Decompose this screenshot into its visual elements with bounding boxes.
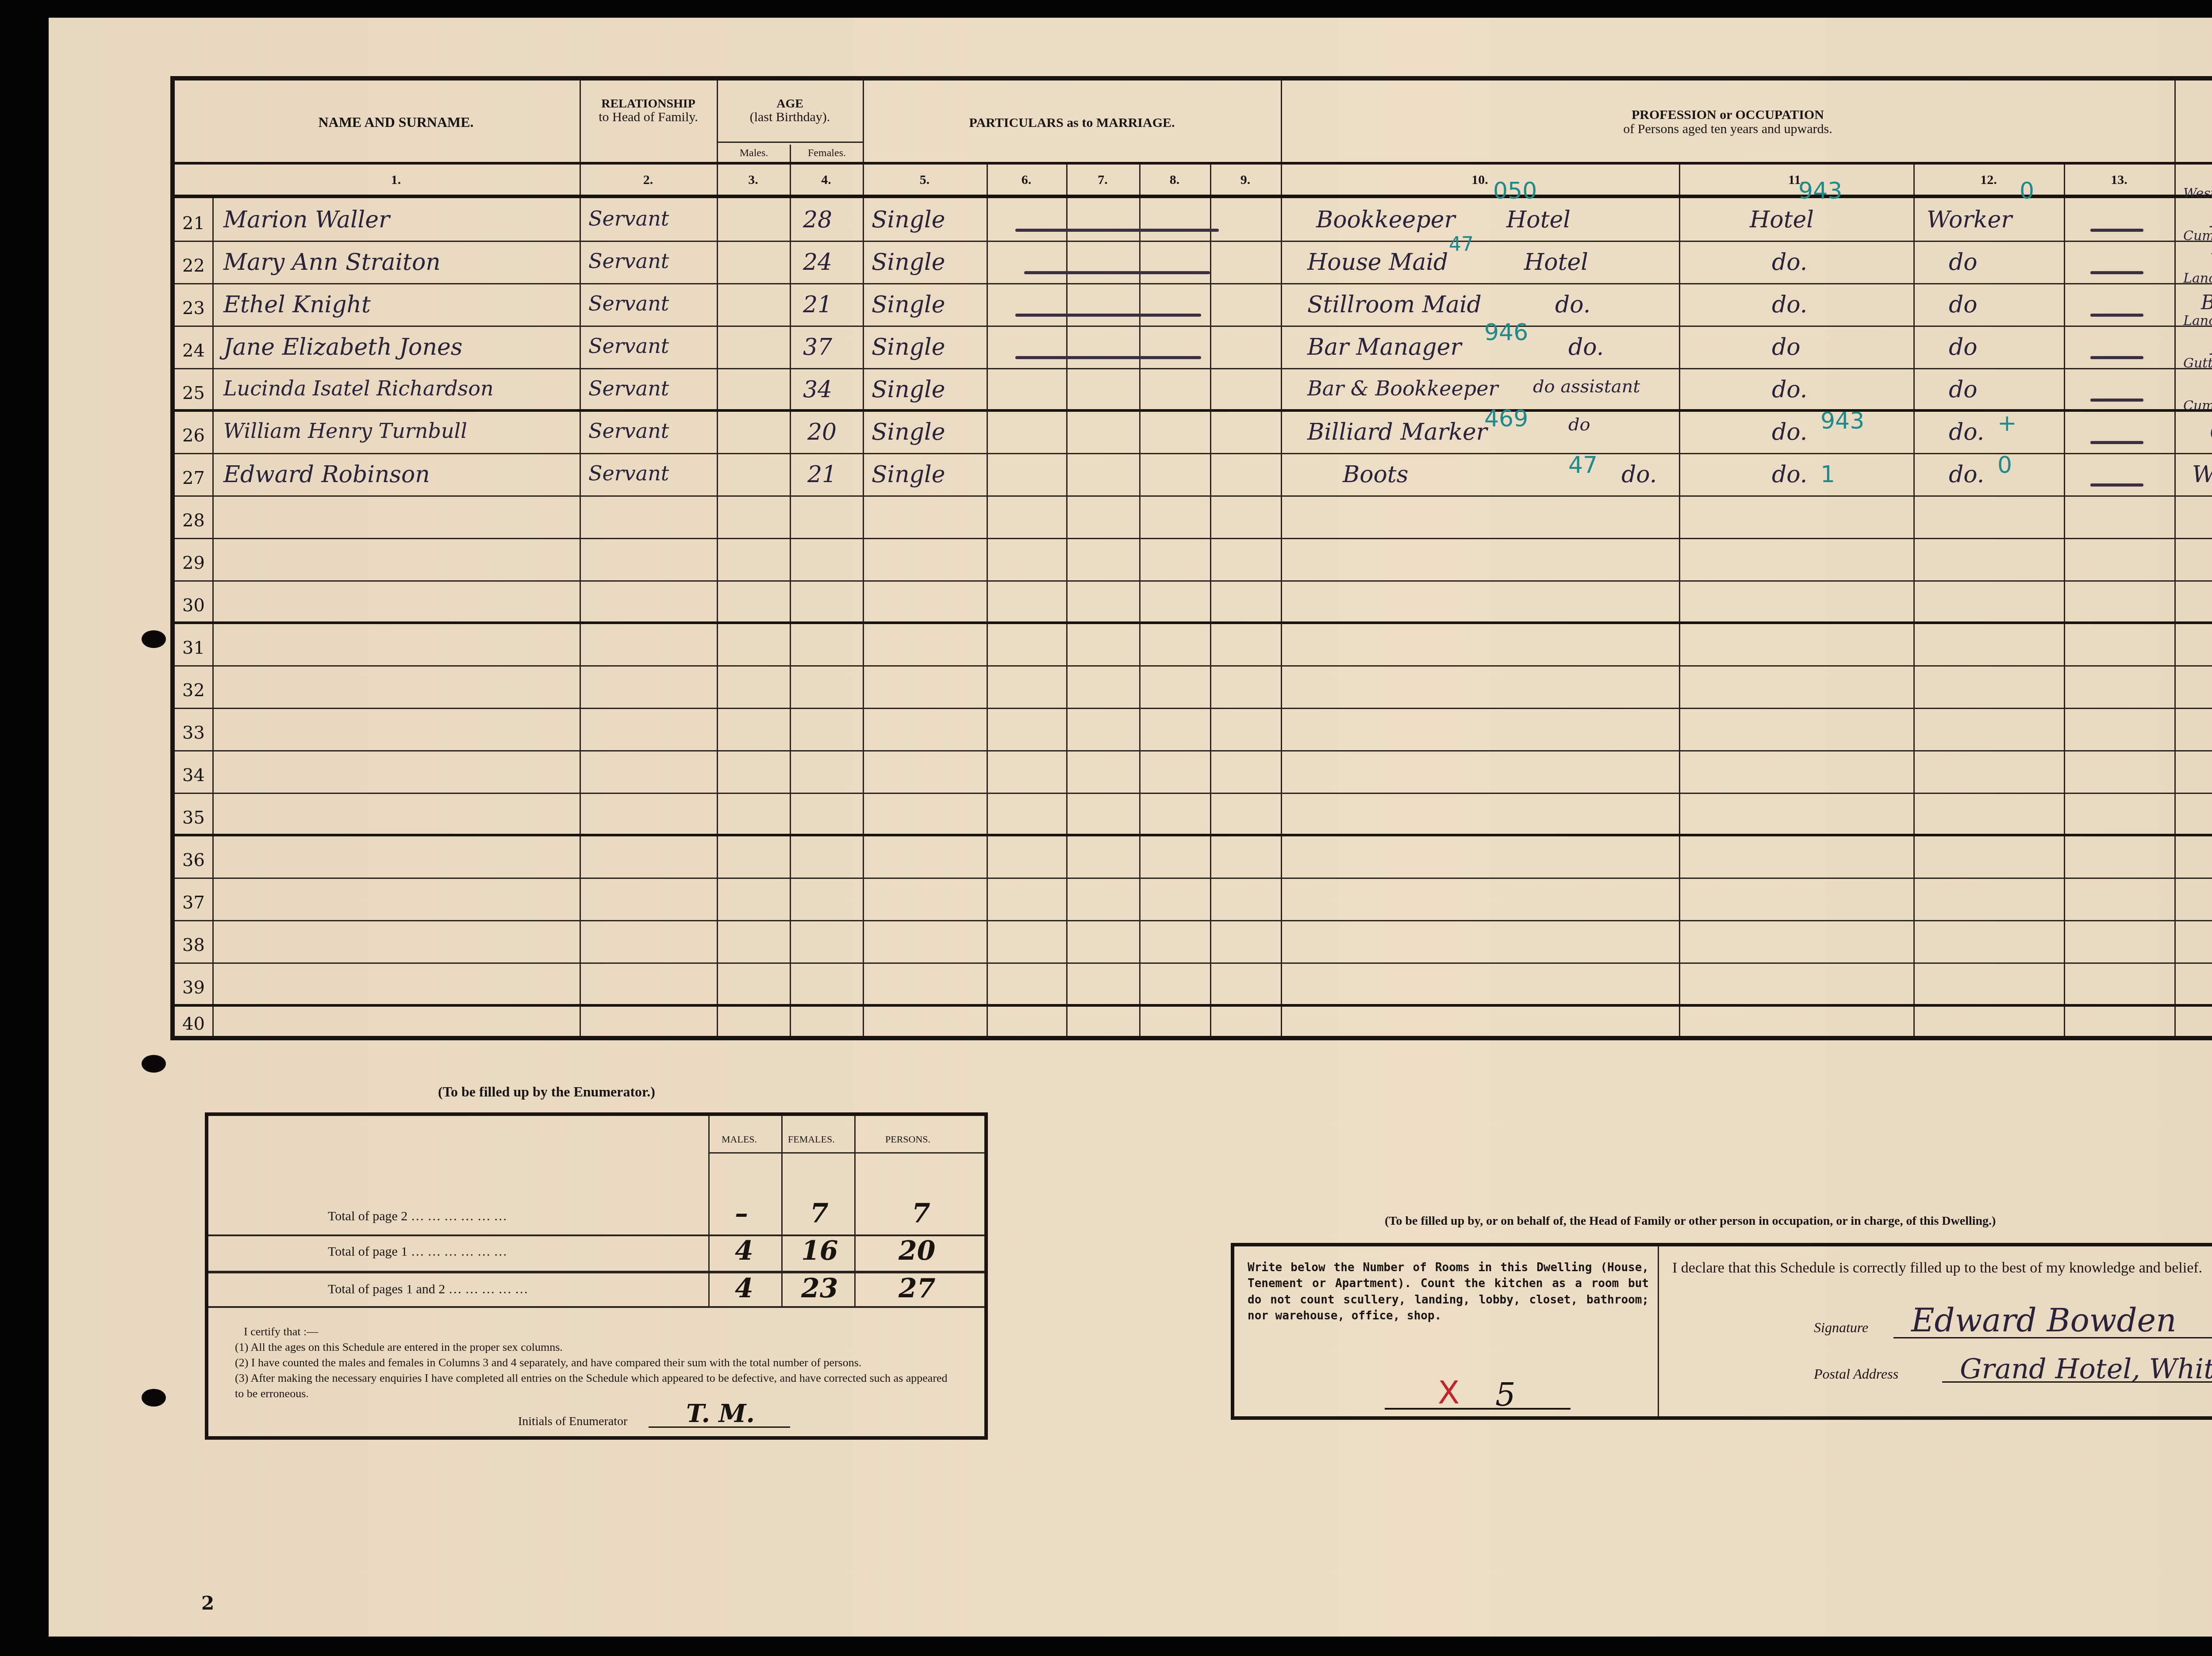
birthplace: Carlisle	[2210, 419, 2212, 445]
col11-code: 943	[1798, 178, 1842, 204]
col-males-label: MALES.	[722, 1134, 757, 1145]
column-number: 8.	[1139, 165, 1210, 195]
birthplace: Whitehaven	[2192, 461, 2212, 488]
col-divider	[1281, 80, 1282, 1036]
birth-county: Cumberland	[2183, 228, 2212, 244]
employment-status: do	[1949, 291, 1978, 318]
col-divider	[987, 165, 988, 1036]
row-number: 28	[175, 510, 212, 531]
rooms-count: 5	[1495, 1372, 1516, 1417]
head-of-family-title: (To be filled up by, or on behalf of, th…	[1385, 1214, 1996, 1228]
col-females-label: FEMALES.	[788, 1134, 835, 1145]
total-page-2-persons: 7	[912, 1198, 930, 1229]
employment-status: do	[1949, 376, 1978, 403]
col-divider	[212, 195, 214, 1036]
column-number: 4.	[790, 165, 863, 195]
blank-dash	[1015, 356, 1201, 359]
header-birthplace: BIRTHPLACE of every Person.	[2176, 111, 2212, 139]
col-divider	[580, 80, 581, 1036]
occupation: House Maid	[1307, 249, 1448, 276]
total-page-1-females: 16	[801, 1235, 838, 1266]
signature: Edward Bowden	[1911, 1302, 2177, 1339]
column-number: 13.	[2064, 165, 2174, 195]
col-persons-label: PERSONS.	[885, 1134, 930, 1145]
birth-county: Lancashire	[2183, 313, 2212, 329]
col-divider	[1679, 165, 1680, 1036]
binder-hole	[142, 1389, 166, 1407]
occupation: Billiard Marker	[1307, 419, 1487, 445]
blank-dash	[2090, 271, 2143, 274]
enumerator-section-title: (To be filled up by the Enumerator.)	[438, 1084, 655, 1100]
postal-address: Grand Hotel, Whitehaven	[1960, 1353, 2212, 1385]
employer-col11: do.	[1772, 249, 1807, 276]
occupation-industry: do.	[1568, 334, 1604, 360]
col-divider	[1913, 165, 1915, 1036]
row-number: 36	[175, 850, 212, 870]
col-divider	[2174, 80, 2176, 1036]
column-number: 2.	[580, 165, 717, 195]
postal-address-label: Postal Address	[1814, 1366, 1898, 1382]
column-number: 12.	[1913, 165, 2064, 195]
column-number: 10.	[1281, 165, 1679, 195]
occupation-industry: do	[1568, 414, 1590, 435]
row-number: 27	[175, 468, 212, 488]
row-number: 34	[175, 765, 212, 786]
col-divider	[2064, 165, 2065, 1036]
col-divider	[863, 80, 864, 1036]
age-female: 37	[803, 334, 832, 360]
birth-county: Westmorland	[2183, 186, 2212, 201]
person-name: Lucinda Isatel Richardson	[223, 376, 494, 400]
row-number: 24	[175, 341, 212, 361]
row-number: 40	[175, 1014, 212, 1034]
marriage-status: Single	[872, 419, 945, 445]
marriage-status: Single	[872, 376, 945, 403]
employment-status: do	[1949, 334, 1978, 360]
binder-hole	[142, 1055, 166, 1073]
col-divider	[790, 145, 791, 1036]
header-females: Females.	[791, 148, 863, 159]
occupation-industry: do assistant	[1533, 376, 1640, 397]
occupation-code: 469	[1484, 406, 1528, 432]
age-female: 21	[803, 291, 832, 318]
col-divider	[1066, 165, 1068, 1036]
signature-label: Signature	[1814, 1319, 1868, 1336]
row-number: 30	[175, 595, 212, 616]
birthplace: Barrow in Furness	[2201, 291, 2212, 314]
col12-code: +	[1997, 410, 2017, 437]
total-page-2-label: Total of page 2 … … … … … …	[328, 1209, 507, 1224]
row-number: 31	[175, 638, 212, 658]
person-name: Mary Ann Straiton	[223, 249, 441, 276]
occupation: Bar Manager	[1307, 334, 1461, 360]
employer-col11: do.	[1772, 419, 1807, 445]
birth-county: Gutterby	[2183, 356, 2212, 371]
row-number: 37	[175, 893, 212, 913]
age-female: 20	[807, 419, 837, 445]
age-male: 21	[807, 461, 837, 488]
occupation-code: 47	[1449, 233, 1474, 256]
col-divider	[1139, 165, 1141, 1036]
rooms-instruction: Write below the Number of Rooms in this …	[1234, 1246, 1659, 1416]
birth-county: Cumberland	[2183, 398, 2212, 414]
occupation: Bar & Bookkeeper	[1307, 376, 1498, 400]
marriage-status: Single	[872, 291, 945, 318]
marriage-status: Single	[872, 334, 945, 360]
col-divider	[717, 80, 718, 1036]
marriage-status: Single	[872, 461, 945, 488]
blank-dash	[1015, 229, 1219, 232]
occupation-industry: do.	[1621, 461, 1657, 488]
occupation-industry: Hotel	[1506, 207, 1571, 233]
household-table: NAME AND SURNAME. RELATIONSHIP to Head o…	[170, 76, 2212, 1040]
column-number: 11.	[1679, 165, 1913, 195]
declaration: I declare that this Schedule is correctl…	[1672, 1260, 2202, 1276]
col12-code: 0	[2020, 178, 2034, 204]
blank-dash	[2090, 483, 2143, 487]
col-divider	[1210, 165, 1211, 1036]
relationship: Servant	[588, 376, 669, 400]
employment-status: Worker	[1927, 207, 2012, 233]
occupation-code: 050	[1493, 178, 1537, 204]
row-number: 21	[175, 213, 212, 234]
marriage-status: Single	[872, 249, 945, 276]
page-number-bottom: 2	[201, 1592, 214, 1614]
header-marriage: PARTICULARS as to MARRIAGE.	[864, 116, 1280, 130]
person-name: Marion Waller	[223, 207, 390, 233]
header-age: AGE (last Birthday).	[718, 97, 862, 124]
row-number: 25	[175, 383, 212, 403]
person-name: Edward Robinson	[223, 461, 430, 488]
relationship: Servant	[588, 419, 669, 443]
occupation: Stillroom Maid	[1307, 291, 1482, 318]
enumerator-initials: T. M.	[686, 1399, 755, 1428]
person-name: Jane Elizabeth Jones	[223, 334, 462, 360]
employment-status: do	[1949, 249, 1978, 276]
column-number: 9.	[1210, 165, 1281, 195]
employment-status: do.	[1949, 461, 1984, 488]
employment-status: do.	[1949, 419, 1984, 445]
col11-code: 1	[1820, 461, 1835, 488]
column-number: 7.	[1066, 165, 1139, 195]
employer-col11: do.	[1772, 376, 1807, 403]
header-occupation: PROFESSION or OCCUPATION of Persons aged…	[1282, 108, 2174, 136]
relationship: Servant	[588, 207, 669, 230]
row-number: 39	[175, 977, 212, 998]
blank-dash	[2090, 314, 2143, 317]
occupation-industry: Hotel	[1524, 249, 1588, 276]
employer-col11: do	[1772, 334, 1801, 360]
col11-code: 943	[1820, 408, 1864, 434]
age-subdivider	[718, 142, 863, 143]
row-number: 26	[175, 425, 212, 446]
binder-hole	[142, 630, 166, 648]
age-female: 34	[803, 376, 832, 403]
initials-label: Initials of Enumerator	[518, 1414, 627, 1429]
employer-col11: do.	[1772, 291, 1807, 318]
birth-county: Lancashire	[2183, 271, 2212, 286]
enumerator-box: MALES. FEMALES. PERSONS. Total of page 2…	[205, 1112, 988, 1440]
occupation-code: 946	[1484, 319, 1528, 346]
relationship: Servant	[588, 334, 669, 358]
row-number: 23	[175, 298, 212, 318]
header-rule	[175, 195, 2212, 198]
employer-col11: Hotel	[1750, 207, 1814, 233]
column-number: 5.	[863, 165, 987, 195]
relationship: Servant	[588, 461, 669, 485]
total-page-2-females: 7	[810, 1198, 829, 1229]
row-number: 35	[175, 808, 212, 828]
total-page-1-males: 4	[735, 1235, 753, 1266]
header-relationship: RELATIONSHIP to Head of Family.	[581, 97, 716, 124]
column-number: 6.	[987, 165, 1066, 195]
enumerator-certification: I certify that :— (1) All the ages on th…	[235, 1324, 956, 1401]
row-number: 29	[175, 553, 212, 573]
header-males: Males.	[718, 148, 790, 159]
age-female: 28	[803, 207, 832, 233]
total-page-1-persons: 20	[899, 1235, 936, 1266]
person-name: Ethel Knight	[223, 291, 371, 318]
col12-code: 0	[1997, 452, 2012, 479]
occupation-industry: do.	[1555, 291, 1590, 318]
age-female: 24	[803, 249, 832, 276]
row-number: 33	[175, 723, 212, 743]
occupation: Bookkeeper	[1316, 207, 1455, 233]
column-number: 1.	[212, 165, 580, 195]
row-number: 38	[175, 935, 212, 955]
marriage-status: Single	[872, 207, 945, 233]
blank-dash	[1024, 271, 1210, 274]
relationship: Servant	[588, 291, 669, 315]
blank-dash	[1015, 314, 1201, 317]
head-of-family-box: Write below the Number of Rooms in this …	[1231, 1243, 2212, 1420]
total-pages-1-2-label: Total of pages 1 and 2 … … … … …	[328, 1282, 528, 1297]
total-page-2-males: –	[735, 1198, 748, 1229]
header-name: NAME AND SURNAME.	[212, 115, 580, 130]
blank-dash	[2090, 399, 2143, 402]
occupation: Boots	[1343, 461, 1408, 488]
blank-dash	[2090, 229, 2143, 232]
total-page-1-label: Total of page 1 … … … … … …	[328, 1244, 507, 1259]
blank-dash	[2090, 441, 2143, 444]
blank-dash	[2090, 356, 2143, 359]
column-number: 3.	[717, 165, 790, 195]
occupation-code: 47	[1568, 452, 1598, 479]
relationship: Servant	[588, 249, 669, 273]
total-pages-1-2-persons: 27	[899, 1273, 936, 1304]
total-pages-1-2-females: 23	[801, 1273, 838, 1304]
row-number: 22	[175, 256, 212, 276]
total-pages-1-2-males: 4	[735, 1273, 753, 1304]
person-name: William Henry Turnbull	[223, 419, 467, 443]
employer-col11: do.	[1772, 461, 1807, 488]
row-number: 32	[175, 680, 212, 701]
